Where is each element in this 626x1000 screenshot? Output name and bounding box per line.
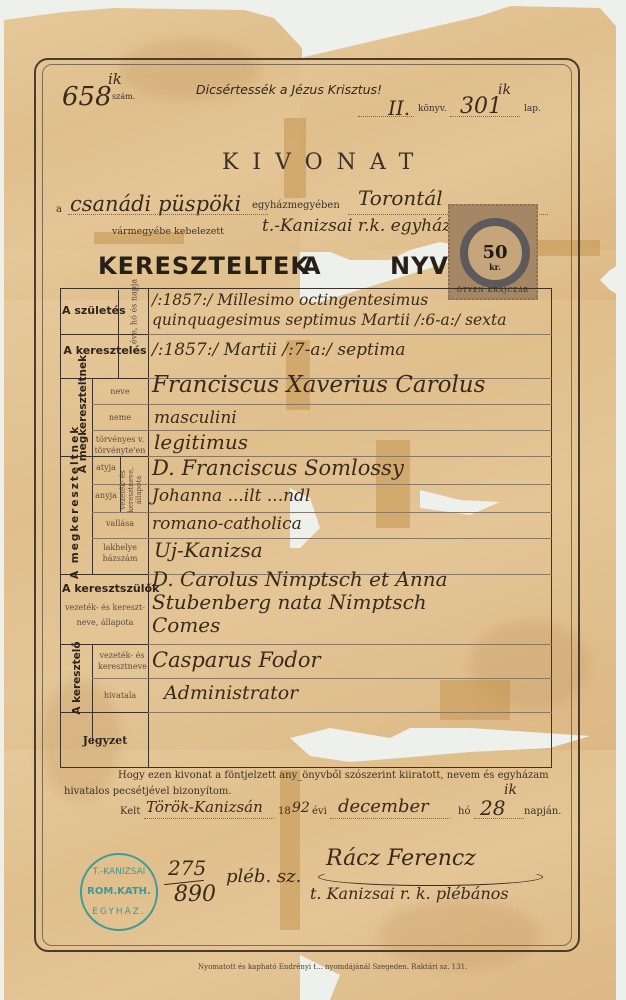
reference-label: pléb. sz.: [226, 866, 301, 887]
stamp-value: 50: [468, 242, 522, 263]
table-divider: [148, 288, 149, 768]
year-prefix: 18: [278, 806, 291, 817]
table-row-line: [148, 644, 552, 645]
value-baptizer-office: Administrator: [164, 682, 298, 704]
row-label-birth: A születés: [62, 304, 118, 317]
month-dotted-line: [330, 818, 450, 819]
county-name: Torontál: [358, 186, 443, 210]
row-label-sex: neme: [92, 412, 148, 423]
diocese-dotted-line: [68, 214, 268, 215]
parish-name: t.-Kanizsai r.k. egyház: [262, 216, 451, 236]
table-row-line: [148, 334, 552, 335]
value-birth: /:1857:/ Millesimo octingentesimus quinq…: [152, 290, 552, 330]
document-number-suffix: ik: [108, 70, 122, 88]
value-baptizer-name: Casparus Fodor: [152, 648, 321, 672]
value-legitimacy: legitimus: [154, 430, 248, 454]
stamp-ring: 50 kr.: [460, 218, 530, 288]
kelt-label: Kelt: [120, 806, 140, 817]
row-sublabel-birth: éve, hó és napja: [129, 278, 140, 346]
certification-line-1: Hogy ezen kivonat a föntjelzett any_önyv…: [118, 770, 549, 781]
parish-seal: T.-KANIZSAI ROM.KATH. EGYHÁZ.: [80, 853, 158, 931]
printer-footer: Nyomatott és kapható Endrényi t... nyomd…: [198, 963, 467, 971]
row-sublabel-godparents: vezeték- és kereszt-neve, állapota: [64, 600, 146, 630]
signature-title: t. Kanizsai r. k. plébános: [310, 884, 509, 903]
revenue-stamp: 50 kr. ÖTVEN KRAJCZÁR: [448, 204, 538, 300]
year-value: 92: [292, 800, 310, 816]
book-dotted-line: [358, 116, 414, 117]
row-label-godparents: A keresztszülők: [62, 582, 148, 595]
page-suffix: ik: [498, 82, 511, 98]
row-sublabel-parents: vezeték- és keresztneve, állapota: [119, 461, 143, 519]
row-label-baptizer-office: hivatala: [92, 690, 148, 701]
row-label-religion: vallása: [92, 518, 148, 529]
row-label-legitimacy: törvényes v. törvényte'en: [94, 434, 146, 456]
row-label-mother: anyja: [92, 490, 120, 501]
group-label-baptized-parents: A megkereszteltnek: [69, 449, 81, 579]
document-title: KIVONAT: [222, 150, 427, 175]
table-row-line: [92, 404, 552, 405]
seal-top-text: T.-KANIZSAI: [82, 867, 156, 877]
value-religion: romano-catholica: [152, 514, 302, 534]
table-divider: [92, 378, 93, 574]
reference-top: 275: [168, 856, 206, 880]
diocese-prefix: a: [56, 204, 62, 215]
stamp-unit: kr.: [468, 262, 522, 272]
table-row-line: [60, 378, 148, 379]
month-label: hó: [458, 806, 470, 817]
seal-bottom-text: EGYHÁZ.: [82, 907, 156, 917]
value-mother: Johanna ...ilt ...ndl: [152, 486, 310, 506]
seal-middle-text: ROM.KATH.: [82, 886, 156, 897]
page-label: lap.: [524, 104, 541, 114]
register-title-middle: A: [302, 252, 322, 280]
value-name: Franciscus Xaverius Carolus: [152, 372, 485, 398]
page-dotted-line: [450, 116, 520, 117]
parish-label: vármegyébe kebelezett: [112, 226, 224, 237]
place-name: Török-Kanizsán: [146, 798, 263, 816]
salutation: Dicsértessék a Jézus Krisztus!: [196, 82, 382, 97]
reference-bottom: 890: [174, 882, 216, 907]
diocese-label: egyházmegyében: [252, 200, 340, 211]
group-label-baptizer: A keresztelő: [71, 635, 83, 721]
document-number-label: szám.: [112, 92, 135, 101]
value-sex: masculini: [154, 408, 237, 428]
table-row-line: [92, 678, 552, 679]
row-label-baptizer-name: vezeték- és keresztneve: [98, 650, 146, 672]
table-row-line: [148, 712, 552, 713]
row-label-residence: lakhelye házszám: [98, 542, 142, 564]
value-godparents: D. Carolus Nimptsch et Anna Stubenberg n…: [152, 568, 472, 637]
place-dotted-line: [144, 818, 274, 819]
year-label: évi: [312, 806, 327, 817]
certification-line-2: hivatalos pecsétjével bizonyítom.: [64, 786, 232, 797]
table-row-line: [92, 512, 552, 513]
document-number: 658: [62, 82, 112, 112]
table-row-line: [92, 484, 552, 485]
book-label: könyv.: [418, 104, 447, 114]
value-residence: Uj-Kanizsa: [154, 538, 263, 562]
row-label-baptism: A keresztelés: [62, 344, 148, 357]
day-value: 28: [480, 796, 505, 820]
diocese-name: csanádi püspöki: [70, 192, 241, 216]
value-baptism: /:1857:/ Martii /:7-a:/ septima: [152, 340, 406, 360]
register-title: KERESZTELTEK: [98, 252, 310, 280]
row-label-father: atyja: [92, 462, 120, 473]
row-label-name: neve: [92, 386, 148, 397]
row-label-notes: Jegyzet: [62, 734, 148, 747]
month-value: december: [338, 796, 429, 817]
day-dotted-line: [474, 818, 524, 819]
day-label: napján.: [524, 806, 562, 817]
day-suffix: ik: [504, 782, 517, 798]
value-father: D. Franciscus Somlossy: [152, 456, 404, 480]
